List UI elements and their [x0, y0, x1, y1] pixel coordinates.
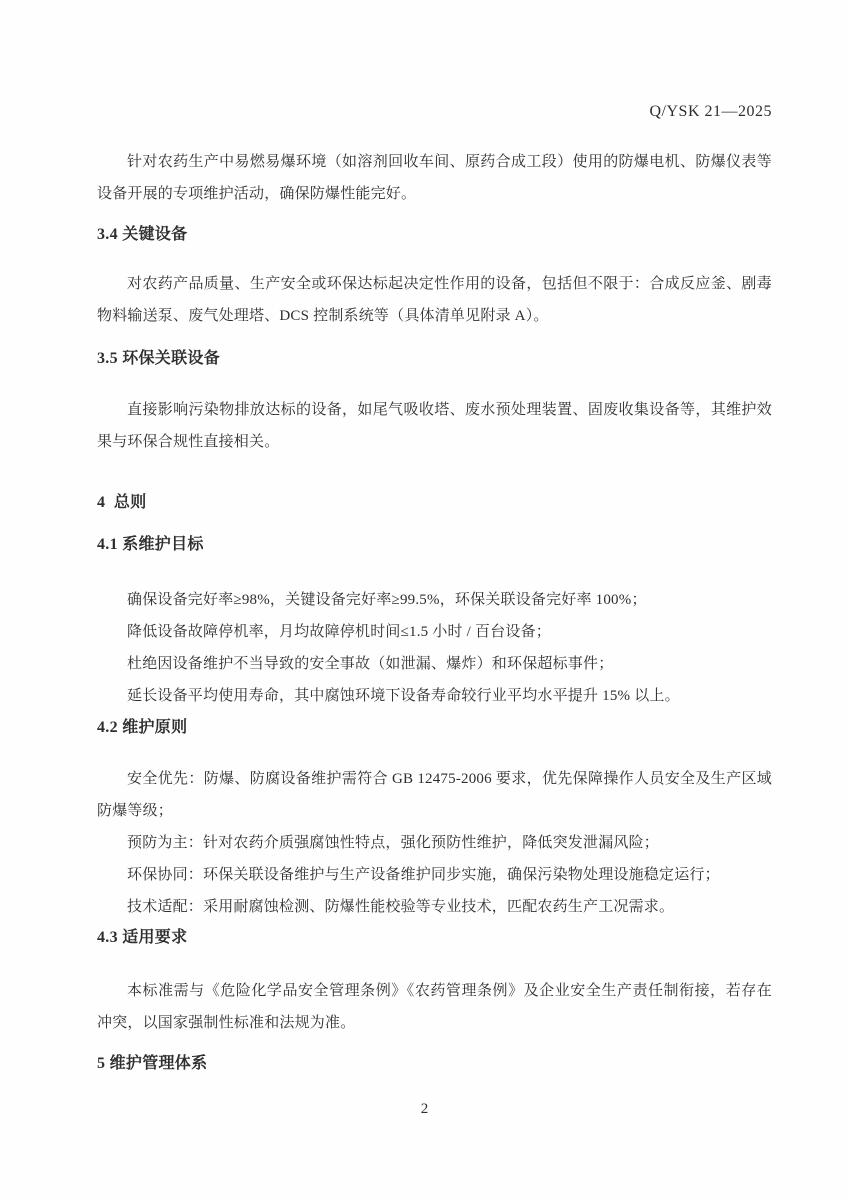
goal-item-availability: 确保设备完好率≥98%，关键设备完好率≥99.5%，环保关联设备完好率 100%… — [97, 584, 772, 616]
principle-list-4-2: 安全优先：防爆、防腐设备维护需符合 GB 12475-2006 要求，优先保障操… — [97, 763, 772, 923]
heading-3-4: 3.4 关键设备 — [97, 224, 772, 246]
heading-3-5: 3.5 环保关联设备 — [97, 348, 772, 370]
heading-5: 5 维护管理体系 — [97, 1053, 772, 1075]
page-number: 2 — [421, 1101, 429, 1117]
heading-4-3: 4.3 适用要求 — [97, 927, 772, 949]
heading-4: 4 总则 — [97, 492, 772, 514]
principle-item-environment: 环保协同：环保关联设备维护与生产设备维护同步实施，确保污染物处理设施稳定运行； — [97, 859, 772, 891]
document-page: Q/YSK 21—2025 针对农药生产中易燃易爆环境（如溶剂回收车间、原药合成… — [0, 0, 849, 1200]
doc-code: Q/YSK 21—2025 — [649, 103, 772, 120]
principle-item-prevention: 预防为主：针对农药介质强腐蚀性特点，强化预防性维护，降低突发泄漏风险； — [97, 827, 772, 859]
goal-item-lifespan: 延长设备平均使用寿命，其中腐蚀环境下设备寿命较行业平均水平提升 15% 以上。 — [97, 680, 772, 712]
document-content: Q/YSK 21—2025 针对农药生产中易燃易爆环境（如溶剂回收车间、原药合成… — [0, 0, 849, 1075]
paragraph-3-4: 对农药产品质量、生产安全或环保达标起决定性作用的设备，包括但不限于：合成反应釜、… — [97, 268, 772, 332]
goal-list-4-1: 确保设备完好率≥98%，关键设备完好率≥99.5%，环保关联设备完好率 100%… — [97, 584, 772, 712]
page-header: Q/YSK 21—2025 — [97, 101, 772, 123]
goal-item-downtime: 降低设备故障停机率，月均故障停机时间≤1.5 小时 / 百台设备； — [97, 616, 772, 648]
goal-item-accidents: 杜绝因设备维护不当导致的安全事故（如泄漏、爆炸）和环保超标事件； — [97, 648, 772, 680]
heading-4-2: 4.2 维护原则 — [97, 717, 772, 739]
intro-paragraph: 针对农药生产中易燃易爆环境（如溶剂回收车间、原药合成工段）使用的防爆电机、防爆仪… — [97, 146, 772, 210]
paragraph-3-5: 直接影响污染物排放达标的设备，如尾气吸收塔、废水预处理装置、固废收集设备等，其维… — [97, 394, 772, 458]
principle-item-safety-first: 安全优先：防爆、防腐设备维护需符合 GB 12475-2006 要求，优先保障操… — [97, 763, 772, 827]
principle-item-technology: 技术适配：采用耐腐蚀检测、防爆性能校验等专业技术，匹配农药生产工况需求。 — [97, 891, 772, 923]
paragraph-4-3: 本标准需与《危险化学品安全管理条例》《农药管理条例》及企业安全生产责任制衔接，若… — [97, 975, 772, 1039]
heading-4-1: 4.1 系维护目标 — [97, 534, 772, 556]
page-footer: 2 — [0, 1098, 849, 1120]
